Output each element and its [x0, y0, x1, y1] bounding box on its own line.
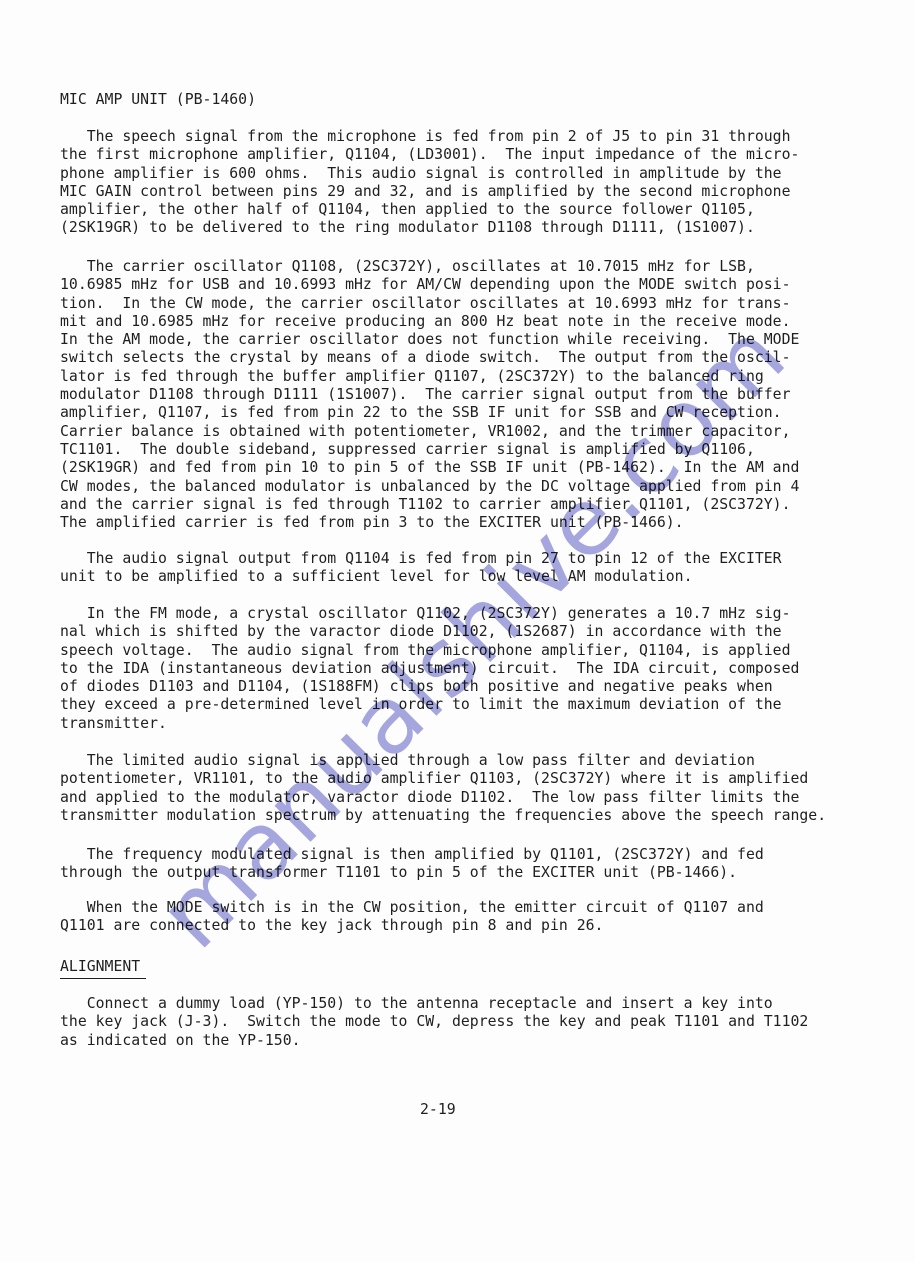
- paragraph-frequency-modulated: The frequency modulated signal is then a…: [60, 846, 764, 883]
- page-title: MIC AMP UNIT (PB-1460): [60, 91, 256, 109]
- paragraph-limited-audio: The limited audio signal is applied thro…: [60, 752, 826, 825]
- paragraph-fm-mode-ida: In the FM mode, a crystal oscillator Q11…: [60, 605, 799, 733]
- paragraph-carrier-oscillator: The carrier oscillator Q1108, (2SC372Y),…: [60, 258, 799, 532]
- paragraph-cw-keying: When the MODE switch is in the CW positi…: [60, 899, 764, 936]
- scanned-manual-page: manualshive.com MIC AMP UNIT (PB-1460) T…: [0, 0, 915, 1262]
- page-number: 2-19: [420, 1101, 456, 1119]
- paragraph-audio-signal-output: The audio signal output from Q1104 is fe…: [60, 550, 782, 587]
- paragraph-alignment-procedure: Connect a dummy load (YP-150) to the ant…: [60, 995, 808, 1050]
- paragraph-speech-signal: The speech signal from the microphone is…: [60, 128, 799, 238]
- section-heading-alignment: ALIGNMENT: [60, 958, 146, 979]
